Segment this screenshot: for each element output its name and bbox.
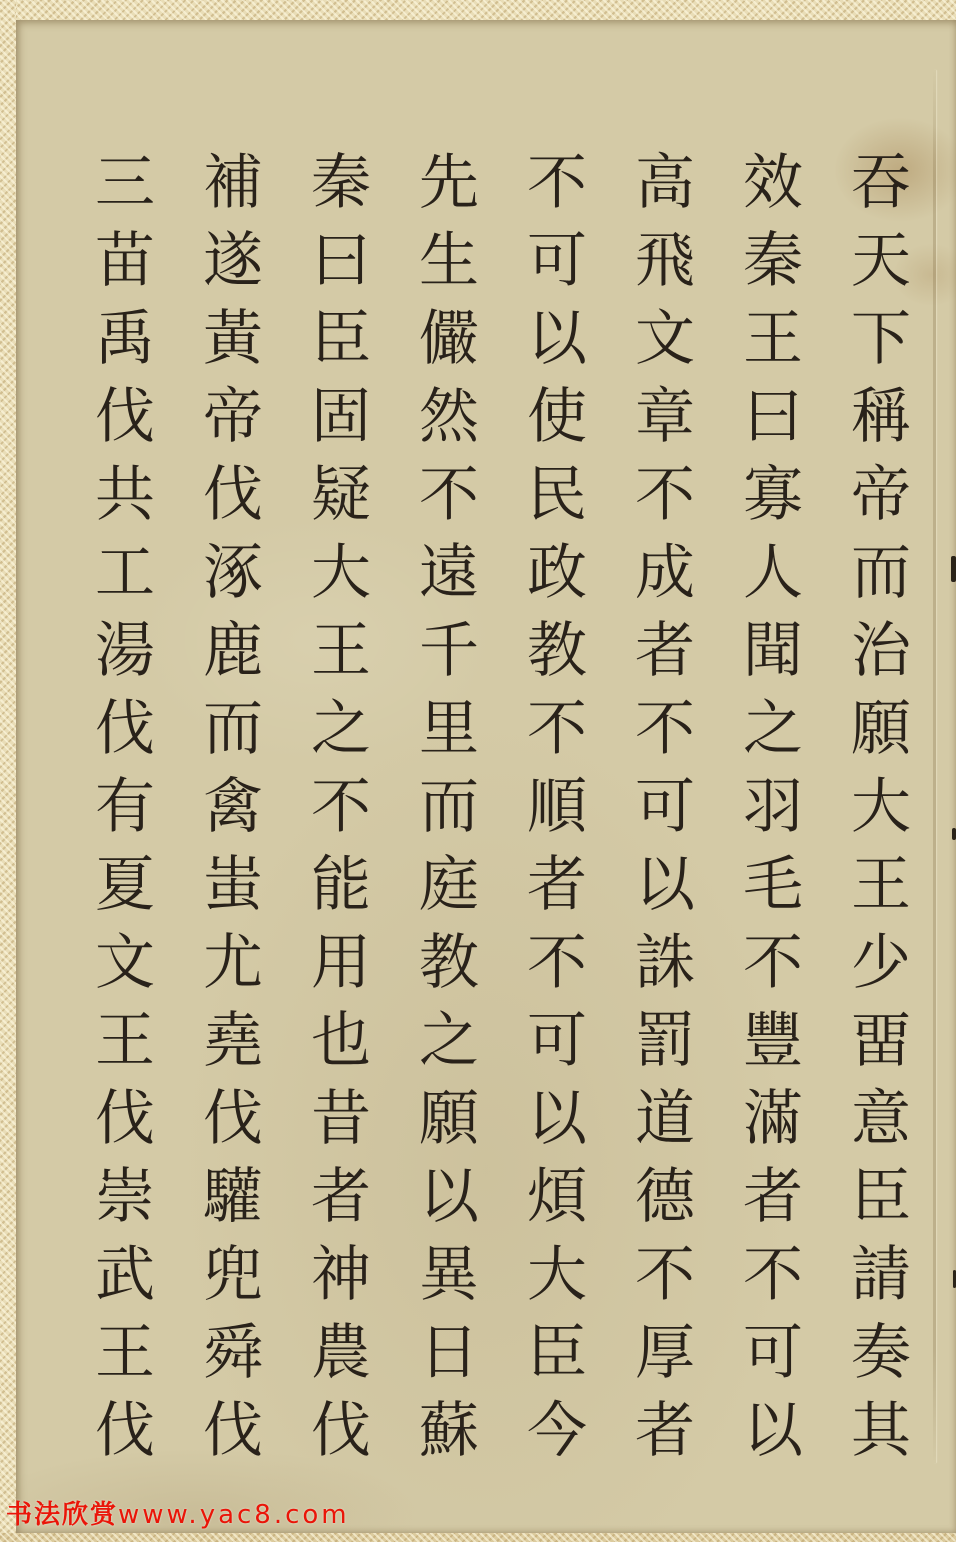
text-column-8: 三苗禹伐共工湯伐有夏文王伐崇武王伐 xyxy=(66,150,174,1540)
site-watermark-chinese: 书法欣赏 xyxy=(6,1500,118,1530)
site-watermark: 书法欣赏www.yac8.com xyxy=(6,1494,350,1531)
silk-mount-border-left xyxy=(0,0,16,1542)
calligraphy-scroll-page: 吞天下稱帝而治願大王少畱意臣請奏其 效秦王曰寡人聞之羽毛不豐滿者不可以 高飛文章… xyxy=(0,0,956,1542)
edge-ink-fragment xyxy=(951,556,956,582)
text-column-5: 先生儼然不遠千里而庭教之願以異日蘇 xyxy=(390,150,498,1540)
manuscript-paper: 吞天下稱帝而治願大王少畱意臣請奏其 效秦王曰寡人聞之羽毛不豐滿者不可以 高飛文章… xyxy=(16,20,956,1533)
text-column-4: 不可以使民政教不順者不可以煩大臣今 xyxy=(498,150,606,1540)
text-column-1: 吞天下稱帝而治願大王少畱意臣請奏其 xyxy=(822,150,930,1540)
site-watermark-url: www.yac8.com xyxy=(118,1500,350,1530)
text-column-6: 秦曰臣固疑大王之不能用也昔者神農伐 xyxy=(282,150,390,1540)
text-column-3: 高飛文章不成者不可以誅罰道德不厚者 xyxy=(606,150,714,1540)
silk-mount-border-bottom xyxy=(0,1533,956,1542)
text-column-2: 效秦王曰寡人聞之羽毛不豐滿者不可以 xyxy=(714,150,822,1540)
silk-mount-border-top xyxy=(0,0,956,20)
paper-crease xyxy=(933,70,936,1463)
calligraphy-text-block: 吞天下稱帝而治願大王少畱意臣請奏其 效秦王曰寡人聞之羽毛不豐滿者不可以 高飛文章… xyxy=(66,150,930,1540)
text-column-7: 補遂黃帝伐涿鹿而禽蚩尤堯伐驩兜舜伐 xyxy=(174,150,282,1540)
edge-ink-fragment xyxy=(952,828,956,840)
